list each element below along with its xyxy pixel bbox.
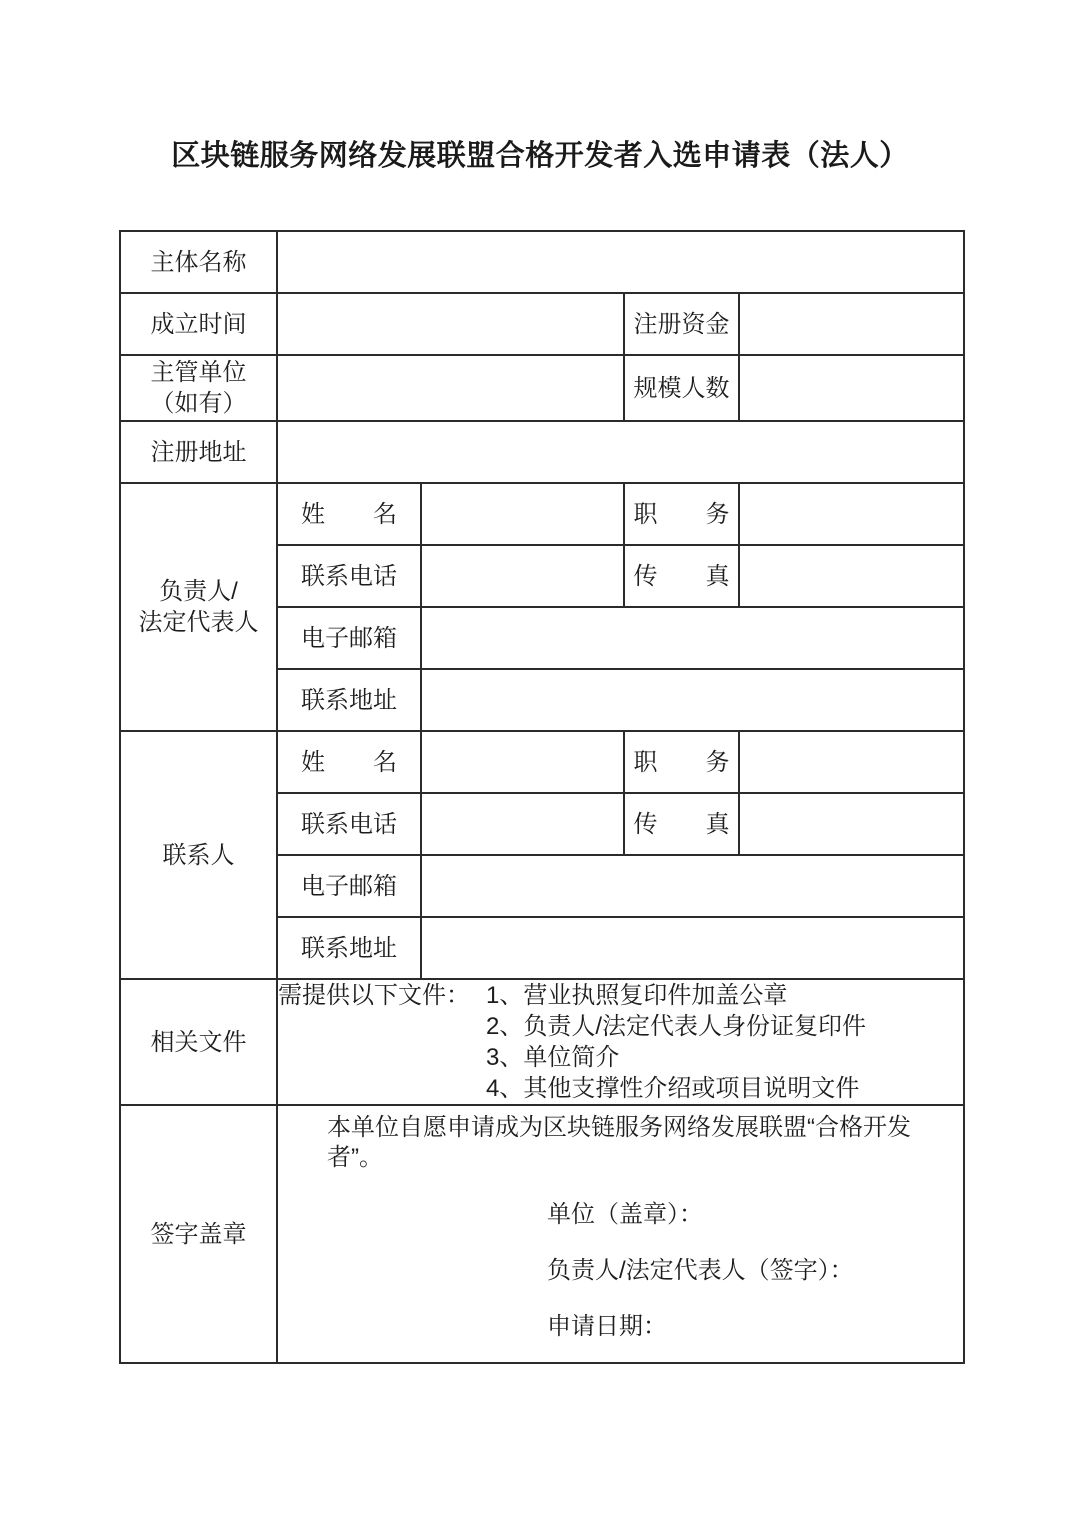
documents-item: 3、单位简介 bbox=[486, 1042, 866, 1073]
contact-position-label: 职 务 bbox=[624, 731, 739, 793]
contact-name-label: 姓 名 bbox=[277, 731, 421, 793]
page-title: 区块链服务网络发展联盟合格开发者入选申请表（法人） bbox=[0, 139, 1080, 173]
contact-name-value-cell bbox=[421, 731, 624, 793]
subject-name-label: 主体名称 bbox=[120, 231, 277, 293]
contact-fax-value-cell bbox=[739, 793, 964, 855]
contact-position-value-cell bbox=[739, 731, 964, 793]
contact-address-value-cell bbox=[421, 917, 964, 979]
established-value-cell bbox=[277, 293, 624, 355]
signature-line-application-date: 申请日期： bbox=[547, 1299, 963, 1355]
documents-item: 2、负责人/法定代表人身份证复印件 bbox=[486, 1011, 866, 1042]
documents-item: 4、其他支撑性介绍或项目说明文件 bbox=[486, 1073, 866, 1104]
application-form-table: 主体名称 成立时间 注册资金 主管单位 （如有） 规模人数 注册地址 负责人/ … bbox=[119, 230, 965, 1364]
contact-phone-label: 联系电话 bbox=[277, 793, 421, 855]
contact-address-label: 联系地址 bbox=[277, 917, 421, 979]
principal-address-label: 联系地址 bbox=[277, 669, 421, 731]
principal-phone-value-cell bbox=[421, 545, 624, 607]
staff-size-value-cell bbox=[739, 355, 964, 421]
principal-fax-label: 传 真 bbox=[624, 545, 739, 607]
contact-email-label: 电子邮箱 bbox=[277, 855, 421, 917]
supervisor-label: 主管单位 （如有） bbox=[120, 355, 277, 421]
registered-address-label: 注册地址 bbox=[120, 421, 277, 483]
signature-section-label: 签字盖章 bbox=[120, 1105, 277, 1363]
principal-fax-value-cell bbox=[739, 545, 964, 607]
principal-position-label: 职 务 bbox=[624, 483, 739, 545]
contact-fax-label: 传 真 bbox=[624, 793, 739, 855]
registered-address-value-cell bbox=[277, 421, 964, 483]
contact-phone-value-cell bbox=[421, 793, 624, 855]
documents-section-label: 相关文件 bbox=[120, 979, 277, 1105]
signature-line-principal-sign: 负责人/法定代表人（签字）： bbox=[547, 1243, 963, 1299]
contact-section-label: 联系人 bbox=[120, 731, 277, 979]
registered-capital-label: 注册资金 bbox=[624, 293, 739, 355]
signature-content-cell: 本单位自愿申请成为区块链服务网络发展联盟“合格开发者”。 单位（盖章）： 负责人… bbox=[277, 1105, 964, 1363]
subject-name-value-cell bbox=[277, 231, 964, 293]
principal-phone-label: 联系电话 bbox=[277, 545, 421, 607]
principal-section-label: 负责人/ 法定代表人 bbox=[120, 483, 277, 731]
document-page: 区块链服务网络发展联盟合格开发者入选申请表（法人） 主体名称 成立时间 注册资金… bbox=[0, 0, 1080, 1527]
signature-statement: 本单位自愿申请成为区块链服务网络发展联盟“合格开发者”。 bbox=[327, 1113, 963, 1173]
principal-name-value-cell bbox=[421, 483, 624, 545]
documents-intro-text: 需提供以下文件： bbox=[278, 980, 470, 1011]
staff-size-label: 规模人数 bbox=[624, 355, 739, 421]
principal-email-value-cell bbox=[421, 607, 964, 669]
contact-email-value-cell bbox=[421, 855, 964, 917]
documents-content-cell: 需提供以下文件： 1、营业执照复印件加盖公章 2、负责人/法定代表人身份证复印件… bbox=[277, 979, 964, 1105]
principal-email-label: 电子邮箱 bbox=[277, 607, 421, 669]
signature-lines: 单位（盖章）： 负责人/法定代表人（签字）： 申请日期： bbox=[547, 1187, 963, 1355]
principal-name-label: 姓 名 bbox=[277, 483, 421, 545]
signature-line-unit-seal: 单位（盖章）： bbox=[547, 1187, 963, 1243]
established-label: 成立时间 bbox=[120, 293, 277, 355]
documents-list: 1、营业执照复印件加盖公章 2、负责人/法定代表人身份证复印件 3、单位简介 4… bbox=[486, 980, 866, 1104]
principal-address-value-cell bbox=[421, 669, 964, 731]
principal-position-value-cell bbox=[739, 483, 964, 545]
documents-item: 1、营业执照复印件加盖公章 bbox=[486, 980, 866, 1011]
supervisor-value-cell bbox=[277, 355, 624, 421]
registered-capital-value-cell bbox=[739, 293, 964, 355]
